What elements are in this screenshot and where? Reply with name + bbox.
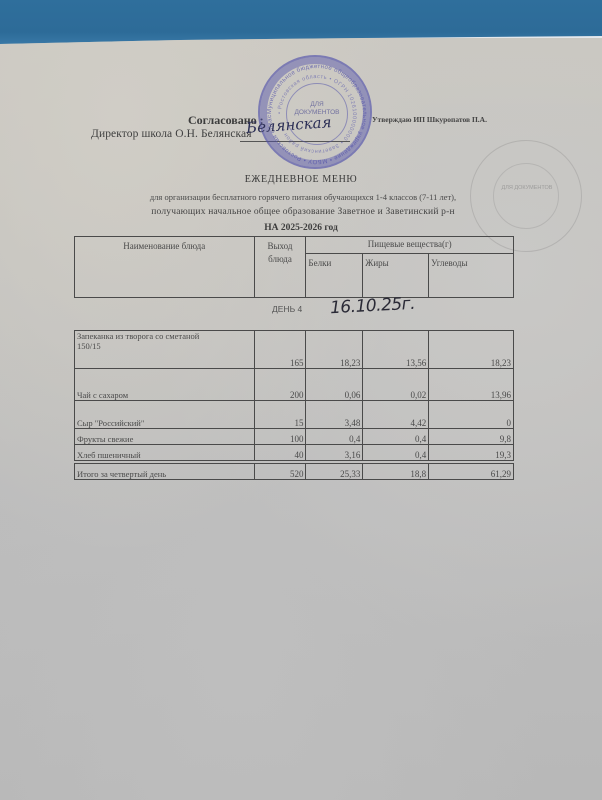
total-output: 520	[254, 464, 306, 480]
supplier-stamp-text: ДЛЯ ДОКУМЕНТОВ	[495, 185, 559, 192]
dish-name: Хлеб пшеничный	[75, 445, 255, 461]
header-output-line2: блюда	[257, 254, 304, 264]
document-subtitle-1: для организации бесплатного горячего пит…	[68, 192, 538, 202]
dish-name: Чай с сахаром	[75, 369, 255, 401]
document-year: НА 2025-2026 год	[0, 223, 602, 233]
dish-output: 100	[254, 429, 306, 445]
total-table: Итого за четвертый день 520 25,33 18,8 6…	[74, 463, 514, 480]
dish-proteins: 18,23	[306, 331, 363, 369]
table-row: Сыр "Российский" 15 3,48 4,42 0	[75, 401, 514, 429]
dish-carbs: 18,23	[429, 331, 514, 369]
header-fats: Жиры	[363, 253, 429, 297]
table-row: Чай с сахаром 200 0,06 0,02 13,96	[75, 369, 514, 401]
total-proteins: 25,33	[306, 464, 363, 480]
dish-carbs: 19,3	[429, 445, 514, 461]
dish-name-line2: 150/15	[77, 341, 252, 351]
menu-header-table: Наименование блюда Выход блюда Пищевые в…	[74, 236, 514, 298]
dish-proteins: 0,06	[306, 369, 363, 401]
header-dish-name: Наименование блюда	[75, 237, 255, 298]
dish-name: Сыр "Российский"	[75, 401, 255, 429]
total-row: Итого за четвертый день 520 25,33 18,8 6…	[75, 464, 514, 480]
dish-output: 15	[254, 401, 306, 429]
total-label: Итого за четвертый день	[75, 464, 255, 480]
header-output-line1: Выход	[257, 241, 304, 251]
total-fats: 18,8	[363, 464, 429, 480]
confirm-text: Утверждаю ИП Шкуропатов П.А.	[372, 115, 487, 124]
dish-name-line1: Запеканка из творога со сметаной	[77, 331, 252, 341]
table-row: Фрукты свежие 100 0,4 0,4 9,8	[75, 429, 514, 445]
school-stamp-icon: Муниципальное бюджетное общеобразователь…	[258, 55, 372, 169]
dish-carbs: 0	[429, 401, 514, 429]
table-row: Хлеб пшеничный 40 3,16 0,4 19,3	[75, 445, 514, 461]
document-title: ЕЖЕДНЕВНОЕ МЕНЮ	[0, 174, 602, 185]
dish-output: 165	[254, 331, 306, 369]
dish-name: Фрукты свежие	[75, 429, 255, 445]
dish-fats: 0,4	[363, 445, 429, 461]
dish-name: Запеканка из творога со сметаной 150/15	[75, 331, 255, 369]
header-output: Выход блюда	[254, 237, 306, 298]
day-label: ДЕНЬ 4	[272, 304, 302, 314]
total-carbs: 61,29	[429, 464, 514, 480]
dish-proteins: 3,48	[306, 401, 363, 429]
dish-output: 40	[254, 445, 306, 461]
document-subtitle-2: получающих начальное общее образование З…	[68, 207, 538, 217]
dish-output: 200	[254, 369, 306, 401]
menu-table: Запеканка из творога со сметаной 150/15 …	[74, 330, 514, 461]
dish-proteins: 0,4	[306, 429, 363, 445]
header-carbs: Углеводы	[429, 253, 514, 297]
director-line: Директор школа О.Н. Белянская	[91, 128, 252, 140]
header-nutrients: Пищевые вещества(г)	[306, 237, 514, 254]
dish-carbs: 9,8	[429, 429, 514, 445]
dish-fats: 13,56	[363, 331, 429, 369]
dish-fats: 0,02	[363, 369, 429, 401]
dish-proteins: 3,16	[306, 445, 363, 461]
table-row: Запеканка из творога со сметаной 150/15 …	[75, 331, 514, 369]
dish-carbs: 13,96	[429, 369, 514, 401]
dish-fats: 0,4	[363, 429, 429, 445]
header-proteins: Белки	[306, 253, 363, 297]
dish-fats: 4,42	[363, 401, 429, 429]
